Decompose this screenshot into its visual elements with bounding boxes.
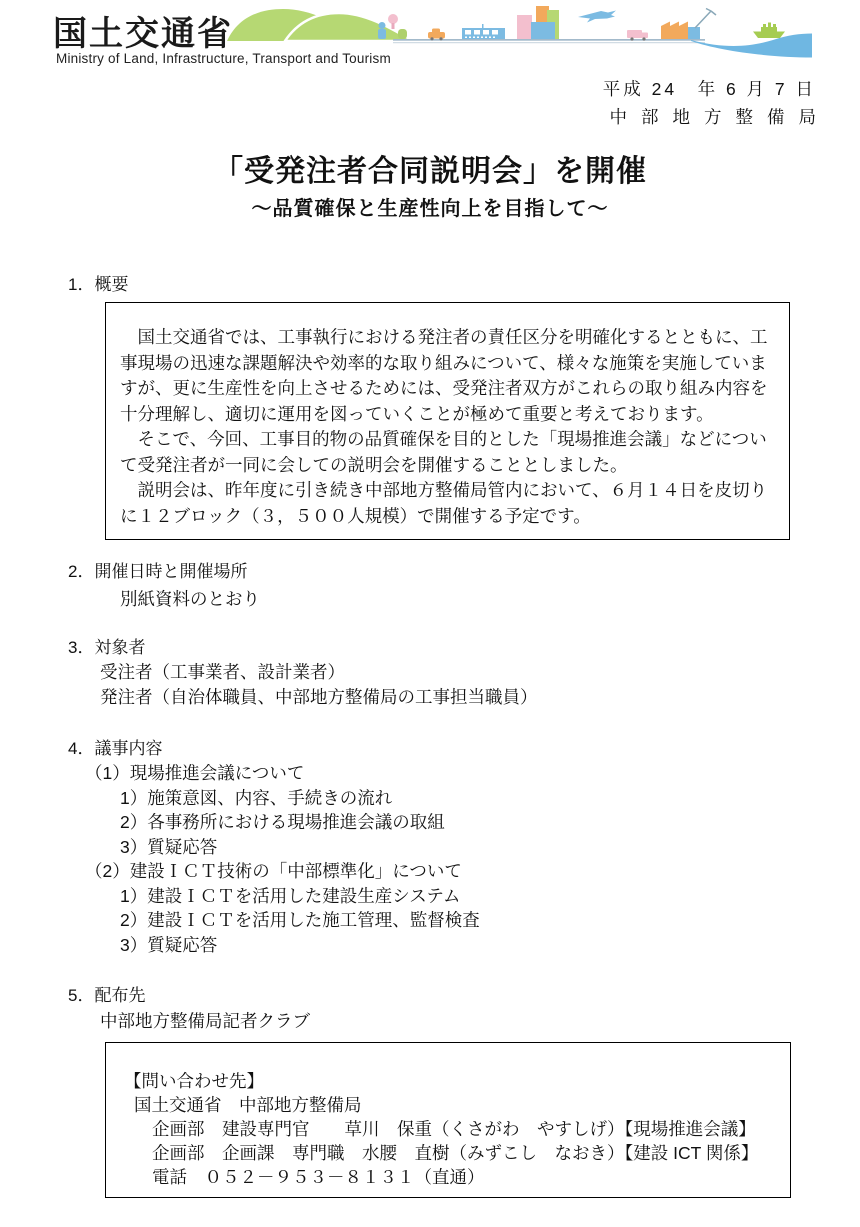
contact-person: 企画部 企画課 専門職 水腰 直樹（みずこし なおき）【建設 ICT 関係】: [152, 1141, 772, 1165]
press-release-page: 国土交通省 Ministry of Land, Infrastructure, …: [0, 0, 860, 1227]
section-heading-distribution: 5．配布先: [68, 984, 860, 1008]
agenda-item: 2）各事務所における現場推進会議の取組: [120, 810, 860, 835]
schedule-body: 別紙資料のとおり: [120, 586, 860, 612]
section-heading-audience: 3．対象者: [68, 636, 860, 660]
mlit-logo-title: 国土交通省: [53, 6, 233, 55]
ship-icon: [753, 23, 785, 39]
contact-org: 国土交通省 中部地方整備局: [134, 1093, 772, 1117]
date-block: 平成 24 年 6 月 7 日 中部地方整備局: [603, 77, 816, 129]
overview-paragraph: 説明会は、昨年度に引き続き中部地方整備局管内において、６月１４日を皮切りに１２ブ…: [120, 478, 775, 529]
agenda-item: 1）建設ＩＣＴを活用した建設生産システム: [120, 884, 860, 909]
agenda-group-label: （2）建設ＩＣＴ技術の「中部標準化」について: [85, 859, 860, 884]
overview-paragraph: 国土交通省では、工事執行における発注者の責任区分を明確化するとともに、工事現場の…: [120, 325, 775, 427]
contact-phone: 電話 ０５２－９５３－８１３１（直通）: [152, 1165, 772, 1189]
issue-date: 平成 24 年 6 月 7 日: [603, 77, 816, 101]
train-icon: [462, 24, 505, 39]
person-icon: [378, 22, 386, 39]
overview-box: 国土交通省では、工事執行における発注者の責任区分を明確化するとともに、工事現場の…: [105, 302, 790, 540]
audience-item: 発注者（自治体職員、中部地方整備局の工事担当職員）: [100, 685, 860, 710]
car-icon: [428, 29, 445, 41]
sea-icon: [691, 34, 812, 58]
document-subtitle: ～品質確保と生産性向上を目指して～: [0, 194, 860, 224]
audience-item: 受注者（工事業者、設計業者）: [100, 660, 860, 685]
agenda-item: 2）建設ＩＣＴを活用した施工管理、監督検査: [120, 908, 860, 933]
agenda-item: 3）質疑応答: [120, 933, 860, 958]
section-heading-overview: 1．概要: [68, 273, 860, 297]
agenda-item: 1）施策意図、内容、手続きの流れ: [120, 786, 860, 811]
contact-box: 【問い合わせ先】 国土交通省 中部地方整備局 企画部 建設専門官 草川 保重（く…: [105, 1042, 791, 1198]
airplane-icon: [578, 11, 616, 23]
overview-paragraph: そこで、今回、工事目的物の品質確保を目的とした「現場推進会議」などについて受発注…: [120, 427, 775, 478]
issuing-bureau: 中部地方整備局: [603, 105, 830, 129]
section-heading-agenda: 4．議事内容: [68, 737, 860, 761]
contact-title: 【問い合わせ先】: [124, 1069, 772, 1093]
contact-person: 企画部 建設専門官 草川 保重（くさがわ やすしげ）【現場推進会議】: [152, 1117, 772, 1141]
buildings-icon: [517, 6, 559, 39]
mlit-banner-illustration: [225, 2, 812, 58]
agenda-item: 3）質疑応答: [120, 835, 860, 860]
document-title: 「受発注者合同説明会」を開催: [0, 150, 860, 194]
agenda-group-label: （1）現場推進会議について: [85, 761, 860, 786]
distribution-body: 中部地方整備局記者クラブ: [100, 1008, 860, 1034]
factory-icon: [661, 9, 716, 40]
bush-icon: [398, 29, 407, 39]
section-heading-schedule: 2．開催日時と開催場所: [68, 560, 860, 584]
